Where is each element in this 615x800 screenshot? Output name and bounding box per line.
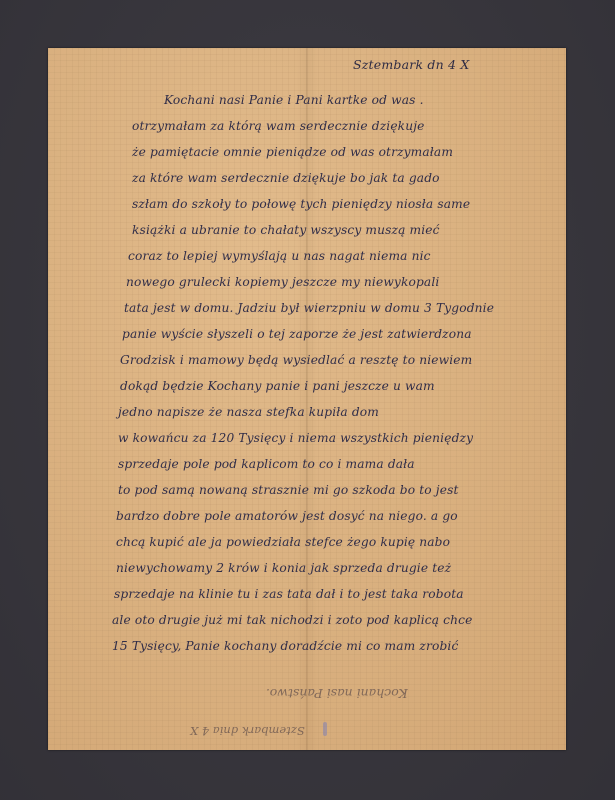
bleed-through-date: Sztembark dnia 4 X — [190, 724, 305, 738]
letter-line: to pod samą nowaną strasznie mi go szkod… — [118, 483, 459, 497]
letter-line: jedno napisze że nasza stefka kupiła dom — [118, 405, 379, 419]
letter-line: chcą kupić ale ja powiedziała stefce żeg… — [116, 535, 450, 549]
bleed-through-greeting: Kochani nasi Państwo. — [266, 686, 408, 701]
letter-line: sprzedaje pole pod kaplicom to co i mama… — [118, 457, 415, 471]
letter-line: książki a ubranie to chałaty wszyscy mus… — [132, 223, 440, 237]
letter-line: panie wyście słyszeli o tej zaporze że j… — [122, 327, 472, 341]
letter-line: że pamiętacie omnie pieniądze od was otr… — [132, 145, 453, 159]
letter-line: ale oto drugie już mi tak nichodzi i zot… — [112, 613, 472, 627]
letter-line: nowego grulecki kopiemy jeszcze my niewy… — [126, 275, 439, 289]
ink-smudge — [323, 722, 327, 736]
letter-line: tata jest w domu. Jadziu był wierzpniu w… — [124, 301, 494, 315]
letter-line: Kochani nasi Panie i Pani kartke od was … — [164, 93, 424, 107]
place-and-date: Sztembark dn 4 X — [353, 57, 469, 72]
letter-line: sprzedaje na klinie tu i zas tata dał i … — [114, 587, 464, 601]
letter-line: Grodzisk i mamowy będą wysiedlać a reszt… — [120, 353, 472, 367]
letter-line: szłam do szkoły to połowę tych pieniędzy… — [132, 197, 470, 211]
letter-line: 15 Tysięcy, Panie kochany doradźcie mi c… — [112, 639, 458, 653]
letter-line: bardzo dobre pole amatorów jest dosyć na… — [116, 509, 458, 523]
letter-line: coraz to lepiej wymyślają u nas nagat ni… — [128, 249, 431, 263]
letter-line: niewychowamy 2 krów i konia jak sprzeda … — [116, 561, 451, 575]
letter-line: w kowańcu za 120 Tysięcy i niema wszystk… — [118, 431, 473, 445]
letter-page: Sztembark dn 4 X Kochani nasi Panie i Pa… — [48, 48, 566, 750]
letter-line: dokąd będzie Kochany panie i pani jeszcz… — [120, 379, 435, 393]
letter-line: otrzymałam za którą wam serdecznie dzięk… — [132, 119, 425, 133]
letter-line: za które wam serdecznie dziękuje bo jak … — [132, 171, 440, 185]
